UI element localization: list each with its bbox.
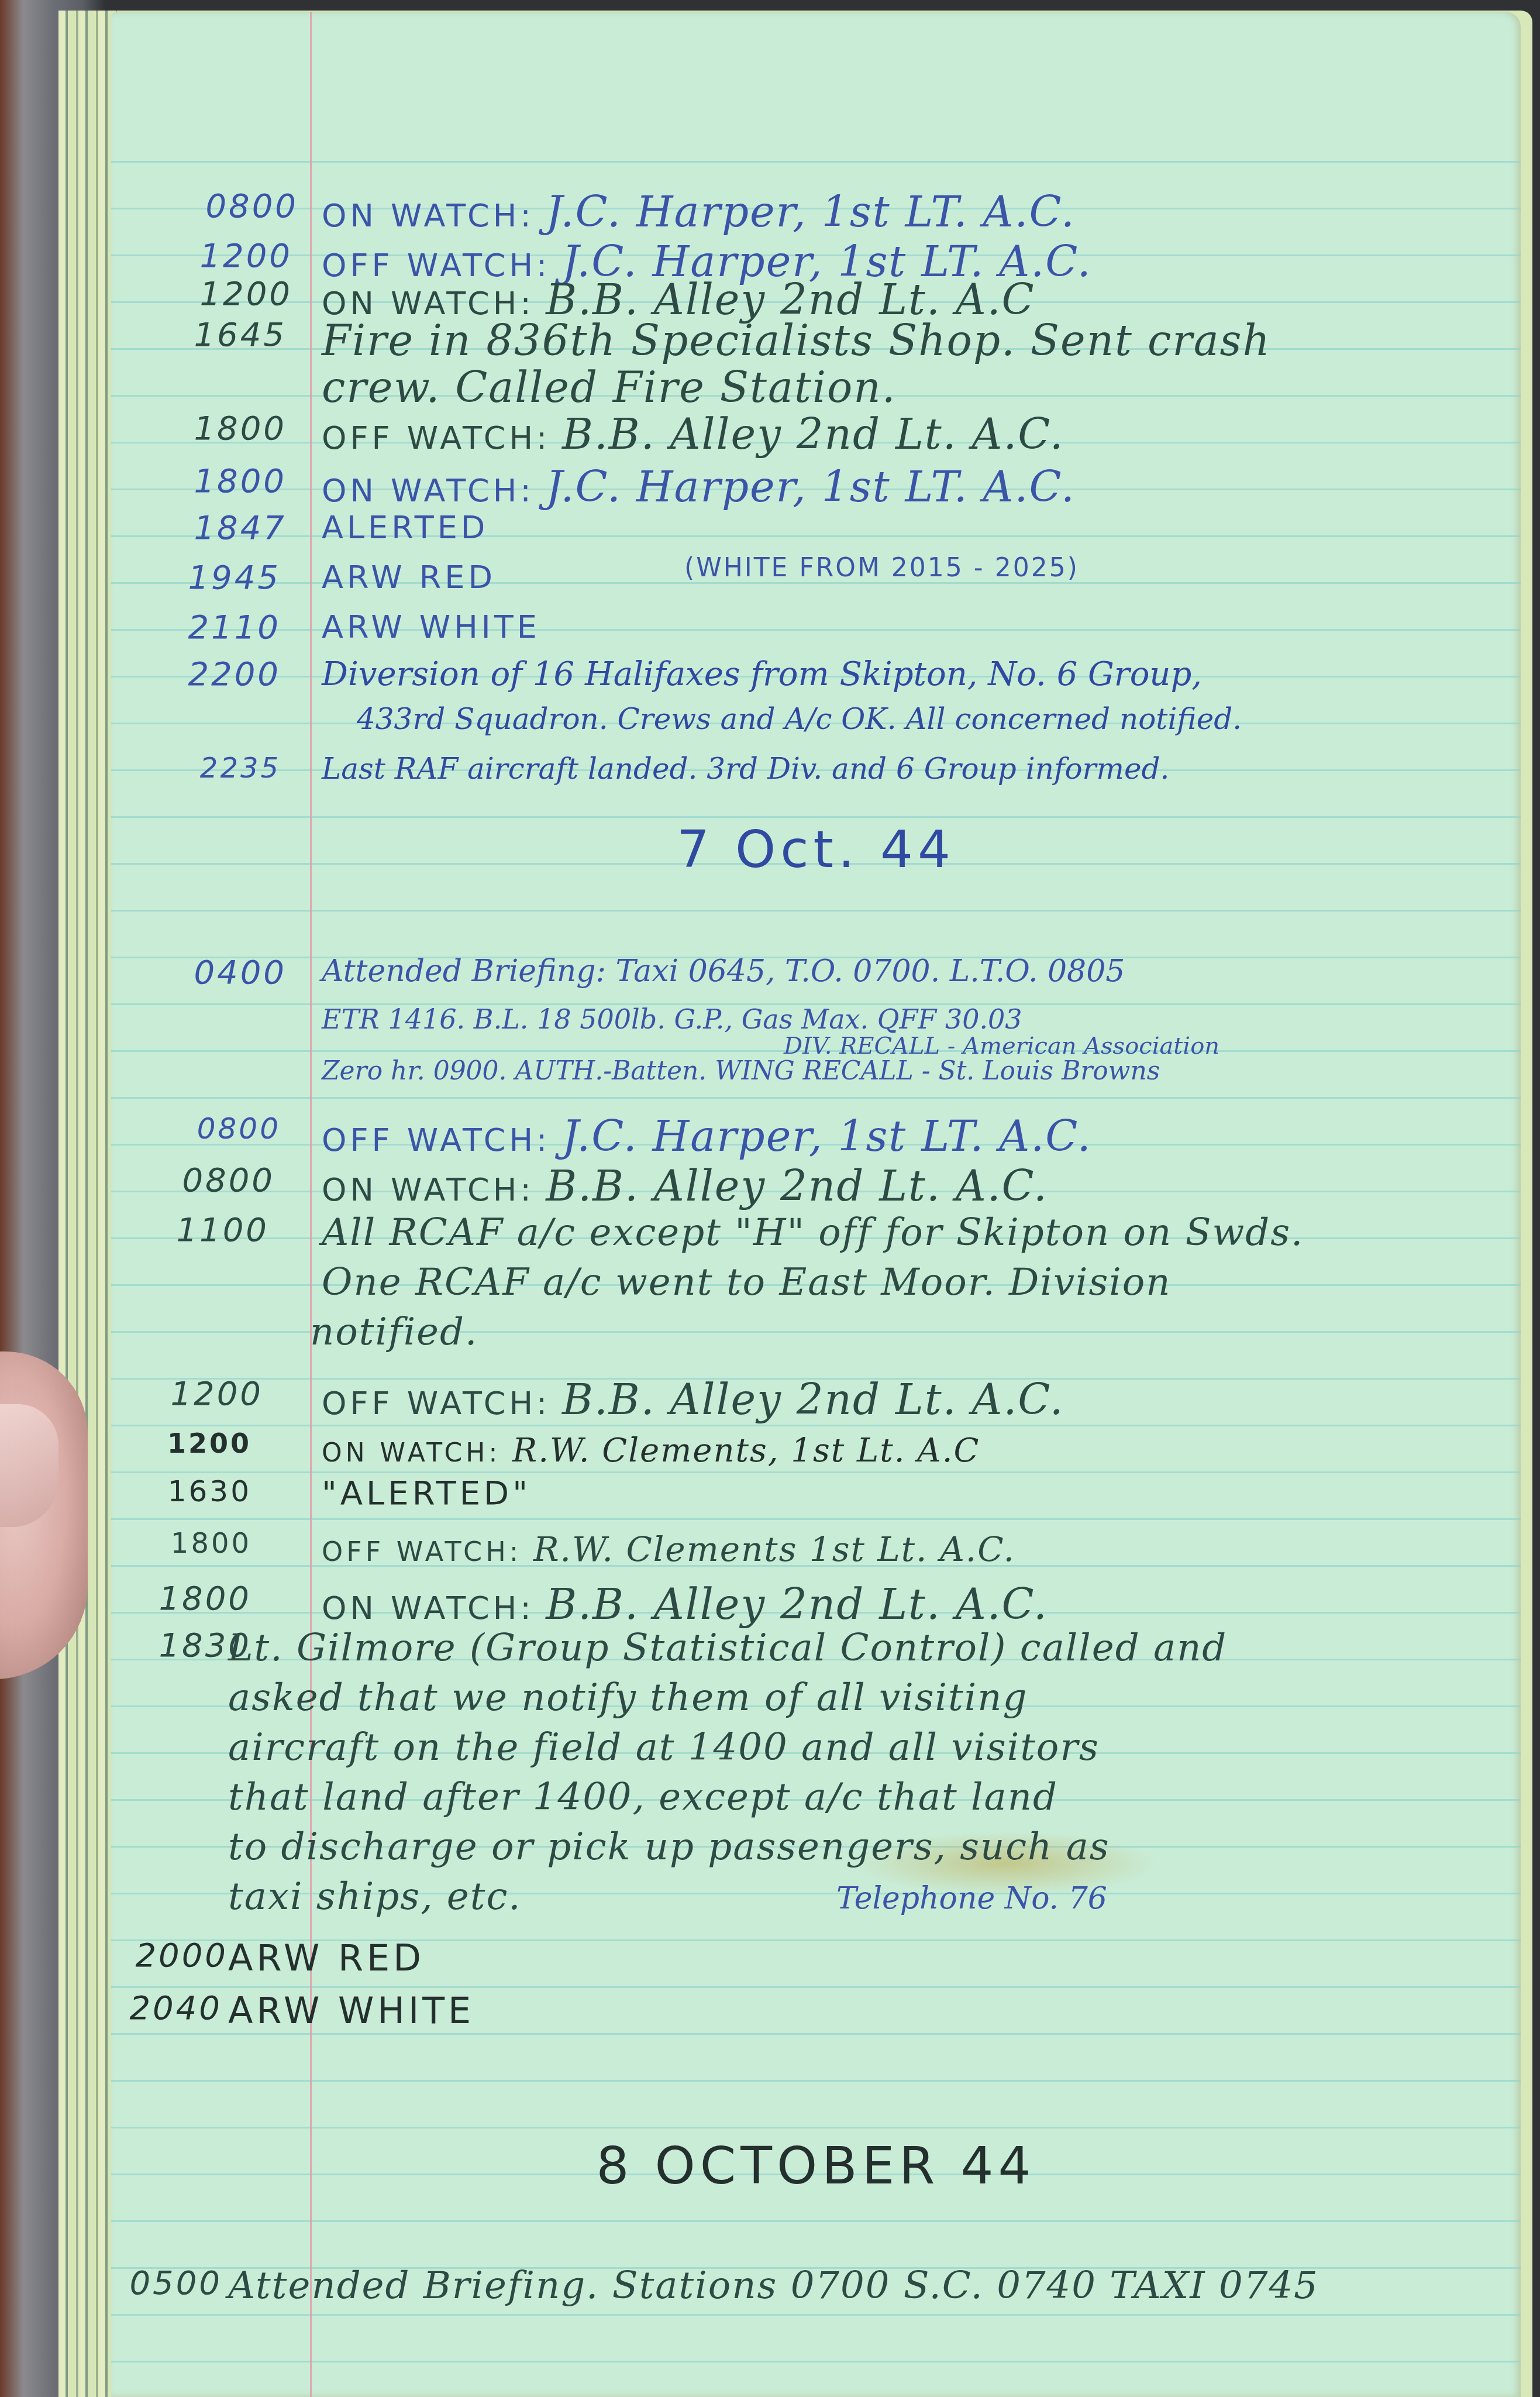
entry-text: Lt. Gilmore (Group Statistical Control) … — [228, 1626, 1227, 1670]
date-heading: 7 Oct. 44 — [111, 819, 1521, 879]
date-heading: 8 OCTOBER 44 — [111, 2135, 1521, 2196]
entry-time: 1100 — [111, 1211, 269, 1249]
entry-text: ARW WHITE — [228, 1989, 474, 2032]
entry-text: ARW RED — [322, 559, 496, 596]
entry-time: 2040 — [64, 1989, 222, 2027]
entry-signature: R.W. Clements 1st Lt. A.C. — [533, 1529, 1015, 1569]
entry-text-continued: crew. Called Fire Station. — [322, 363, 897, 412]
entry-text-continued: 433rd Squadron. Crews and A/c OK. All co… — [357, 702, 1242, 736]
entry-time: 1645 — [129, 316, 287, 354]
entry-text: All RCAF a/c except "H" off for Skipton … — [322, 1211, 1304, 1254]
entry-time: 0400 — [129, 954, 287, 992]
entry-text: Fire in 836th Specialists Shop. Sent cra… — [322, 316, 1271, 365]
entry-signature: B.B. Alley 2nd Lt. A.C. — [562, 410, 1064, 459]
ruled-line — [111, 2127, 1521, 2128]
entry-time: 1800 — [94, 1527, 252, 1560]
entry-text: "ALERTED" — [322, 1474, 531, 1512]
ruled-line — [111, 1425, 1521, 1426]
entry-time: 1200 — [105, 1375, 263, 1413]
entry-text: ON WATCH: — [322, 1438, 501, 1468]
entry-signature: B.B. Alley 2nd Lt. A.C. — [546, 1161, 1048, 1210]
ruled-line — [111, 2033, 1521, 2035]
entry-time: 2200 — [123, 655, 281, 693]
entry-time: 1847 — [129, 509, 287, 547]
entry-text: Diversion of 16 Halifaxes from Skipton, … — [322, 655, 1202, 693]
entry-text: ARW WHITE — [322, 608, 540, 645]
entry-text-continued: One RCAF a/c went to East Moor. Division — [322, 1261, 1172, 1304]
entry-text: ON WATCH: — [322, 197, 535, 234]
entry-time: 0800 — [123, 1112, 281, 1146]
entry-time: 1200 — [135, 237, 292, 275]
entry-time: 1200 — [94, 1428, 252, 1459]
entry-text: ARW RED — [228, 1937, 425, 1979]
ruled-line — [111, 816, 1521, 818]
entry-text-continued: ETR 1416. B.L. 18 500lb. G.P., Gas Max. … — [322, 1003, 1022, 1035]
entry-signature: J.C. Harper, 1st LT. A.C. — [562, 1112, 1092, 1161]
entry-time: 1800 — [129, 462, 287, 500]
entry-text-continued: to discharge or pick up passengers, such… — [228, 1825, 1110, 1869]
entry-signature: J.C. Harper, 1st LT. A.C. — [546, 462, 1076, 511]
entry-text-continued: Zero hr. 0900. AUTH.-Batten. WING RECALL… — [322, 1056, 1160, 1086]
entry-text-continued: that land after 1400, except a/c that la… — [228, 1776, 1058, 1819]
entry-time: 0800 — [117, 1161, 275, 1199]
ruled-line — [111, 2314, 1521, 2316]
entry-time: 2000 — [70, 1937, 228, 1975]
entry-annotation: Telephone No. 76 — [836, 1881, 1107, 1916]
entry-time: 0500 — [64, 2264, 222, 2302]
entry-text-continued: aircraft on the field at 1400 and all vi… — [228, 1726, 1100, 1769]
ruled-line — [111, 161, 1521, 163]
entry-text: OFF WATCH: — [322, 1536, 522, 1567]
ruled-line — [111, 1097, 1521, 1099]
entry-text: ALERTED — [322, 509, 488, 546]
page-edges — [58, 11, 117, 2397]
entry-time: 0800 — [140, 187, 298, 225]
entry-text: ON WATCH: — [322, 1590, 535, 1626]
margin-line — [310, 12, 312, 2397]
entry-time: 1945 — [123, 559, 281, 597]
ruled-line — [111, 1518, 1521, 1520]
entry-text: Attended Briefing. Stations 0700 S.C. 07… — [228, 2264, 1319, 2307]
entry-signature: R.W. Clements, 1st Lt. A.C — [512, 1432, 980, 1470]
entry-time: 1800 — [94, 1580, 252, 1618]
entry-signature: B.B. Alley 2nd Lt. A.C. — [562, 1375, 1064, 1424]
entry-text: Last RAF aircraft landed. 3rd Div. and 6… — [322, 752, 1169, 786]
entry-time: 1630 — [94, 1474, 252, 1508]
ruled-line — [111, 2220, 1521, 2222]
ruled-line — [111, 1986, 1521, 1988]
entry-signature: J.C. Harper, 1st LT. A.C. — [546, 187, 1076, 236]
ruled-line — [111, 910, 1521, 912]
entry-time: 2110 — [123, 608, 281, 646]
entry-text: OFF WATCH: — [322, 419, 550, 456]
entry-time: 1200 — [135, 275, 292, 313]
entry-text: ON WATCH: — [322, 1171, 535, 1208]
ruled-line — [111, 2361, 1521, 2362]
entry-text: ON WATCH: — [322, 472, 535, 509]
entry-text-continued: notified. — [310, 1311, 478, 1354]
entry-text-continued: taxi ships, etc. — [228, 1875, 522, 1918]
log-page: 0800 ON WATCH: J.C. Harper, 1st LT. A.C.… — [111, 12, 1521, 2397]
entry-signature: B.B. Alley 2nd Lt. A.C. — [546, 1580, 1048, 1629]
entry-text: OFF WATCH: — [322, 1385, 550, 1422]
ruled-line — [111, 1471, 1521, 1473]
ruled-line — [111, 2080, 1521, 2082]
entry-text: Attended Briefing: Taxi 0645, T.O. 0700.… — [322, 954, 1125, 989]
entry-time: 1800 — [129, 410, 287, 448]
entry-text-continued: asked that we notify them of all visitin… — [228, 1676, 1028, 1719]
entry-note: (WHITE FROM 2015 - 2025) — [684, 553, 1079, 583]
entry-text: OFF WATCH: — [322, 1122, 550, 1158]
entry-time: 2235 — [123, 752, 281, 785]
